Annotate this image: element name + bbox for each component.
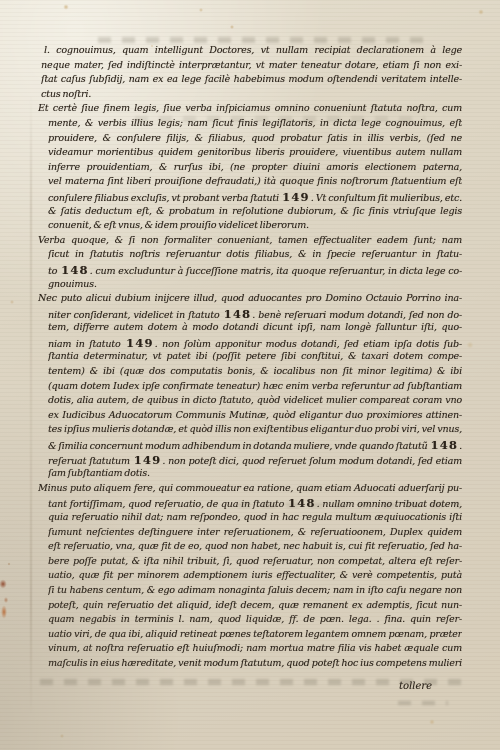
text-line: ſtat caſus ſubſidij, nam ex ea lege faci…	[41, 73, 462, 88]
text-line: to 148. cum excluduntur à ſucceſſione ma…	[48, 263, 462, 278]
text-line: Nec puto alicui dubium inijcere illud, q…	[38, 292, 462, 307]
text-line: poteſt, quin reſeruatio det aliquid, ide…	[48, 599, 462, 614]
gutter-crease	[30, 95, 32, 715]
text-line: tentem) & ibi (quæ dos computatis bonis,…	[48, 365, 462, 380]
text-line: mente, & verbis illius legis; nam ſicut …	[48, 117, 462, 132]
text-line: Et certè ſiue finem legis, ſiue verba in…	[38, 102, 462, 117]
text-line: conſulere filiabus excluſis, vt probant …	[48, 190, 462, 205]
statute-number: 149	[125, 336, 155, 350]
text-line: quia reſeruatio nihil dat; nam reſpondeo…	[48, 511, 462, 526]
page-text-block: l. cognouimus, quam intelligunt Doctores…	[38, 44, 462, 672]
statute-number: 148	[223, 307, 253, 321]
text-line: bere poſſe putat, & iſta nihil tribuit, …	[48, 555, 462, 570]
statute-number: 148	[430, 438, 460, 452]
text-line: dotis, alia autem, de quibus in dicto ſt…	[48, 394, 462, 409]
text-line: ſumunt neſcientes deſtinguere inter reſe…	[48, 526, 462, 541]
text-line: Verba quoque, & ſi non formaliter conuen…	[38, 234, 462, 249]
statute-number: 149	[133, 453, 163, 467]
text-line: & ſatis deductum eſt, & probatum in reſo…	[48, 205, 462, 220]
text-line: tant fortiſſimam, quod reſeruatio, de qu…	[48, 496, 462, 511]
text-line: l. cognouimus, quam intelligunt Doctores…	[44, 44, 462, 59]
text-line: neque mater, ſed indiſtinctè interprætan…	[41, 59, 462, 74]
text-line: ſi tu habens centum, & ego adimam nonagi…	[48, 584, 462, 599]
statute-number: 149	[281, 190, 311, 204]
statute-number: 148	[60, 263, 90, 277]
text-line: tem, differre autem dotem à modo dotandi…	[48, 321, 462, 336]
text-line: (quam dotem Iudex ipſe confirmate teneat…	[48, 380, 462, 395]
text-line: eſt reſeruatio, vna, quæ fit de eo, quod…	[48, 540, 462, 555]
text-line: ſicut in ſtatutis noſtris reſeruantur do…	[48, 248, 462, 263]
text-line: conuenit, & eſt vnus, & idem prouiſio vi…	[48, 219, 462, 234]
showthrough-smudge	[98, 37, 428, 43]
catchword: tollere	[399, 681, 432, 692]
showthrough-smudge	[398, 701, 448, 705]
text-line: vel materna ſint liberi prouiſione defra…	[48, 175, 462, 190]
text-line: inferre prouidentiam, & rurſus ibi, (ne …	[48, 161, 462, 176]
text-line: tes ipſius mulieris dotandæ, et quòd ill…	[48, 423, 462, 438]
text-line: & ſimilia concernunt modum adhibendum in…	[48, 438, 462, 453]
text-line: ctus noſtri.	[41, 88, 462, 103]
text-line: Minus puto aliquem fere, qui commoueatur…	[38, 482, 462, 497]
text-line: ex Iudicibus Aduocatorum Communis Mutinæ…	[48, 409, 462, 424]
text-line: gnouimus.	[48, 278, 462, 293]
text-line: uatio viri, de qua ibi, aliquid retineat…	[48, 628, 462, 643]
text-line: ſam ſubſtantiam dotis.	[48, 467, 462, 482]
text-line: maſculis in eius hæreditate, venit modum…	[48, 657, 462, 672]
statute-number: 148	[287, 496, 317, 510]
text-line: quam negabis in terminis l. nam, quod li…	[48, 613, 462, 628]
text-line: vinum, at noſtra reſeruatio eſt huiuſmod…	[48, 642, 462, 657]
text-line: videamur morientibus quidem genitoribus …	[48, 146, 462, 161]
text-line: niter conſiderant, videlicet in ſtatuto …	[48, 307, 462, 322]
text-line: ſtantia determinatur, vt patet ibi (poſſ…	[48, 350, 462, 365]
text-line: uatio, quæ fit per minorem ademptionem i…	[48, 569, 462, 584]
scanned-book-page: l. cognouimus, quam intelligunt Doctores…	[0, 0, 500, 750]
text-line: reſeruat ſtatutum 149. non poteſt dici, …	[48, 453, 462, 468]
text-line: prouidere, & conſulere filijs, & filiabu…	[48, 132, 462, 147]
text-line: niam in ſtatuto 149. non ſolùm apponitur…	[48, 336, 462, 351]
